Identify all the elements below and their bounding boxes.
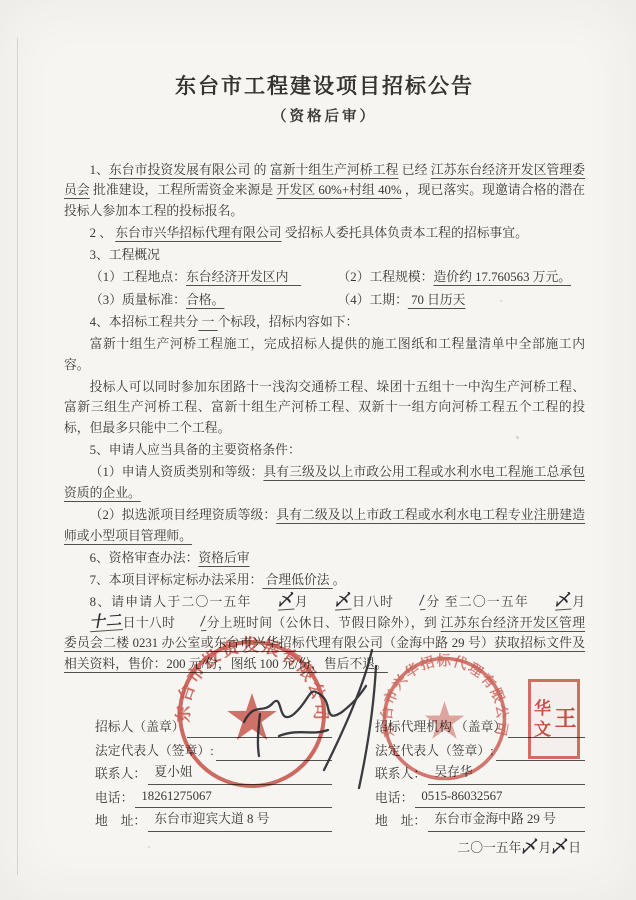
scan-edge-artifact — [17, 38, 18, 875]
name-seal-char: 华 — [534, 700, 551, 717]
text-run: 日八时 — [351, 595, 394, 609]
paragraph-scope: 富新十组生产河桥工程施工，完成招标人提供的施工图纸和工程量清单中全部施工内容。 — [64, 334, 585, 375]
signature-line: 东台市金海中路 29 号 — [428, 809, 585, 832]
text-run: 个标段，招标内容如下： — [218, 315, 359, 329]
text-run: 分上班时间（公休日、节假日除外），到 — [206, 616, 440, 630]
underlined-text: 东台经济开发区内 — [186, 270, 301, 284]
underlined-text: 70 日历天 — [408, 293, 466, 307]
underlined-text: 开发区 60%+村组 40% — [277, 183, 402, 197]
underlined-text: 造价约 17.760563 万元。 — [433, 270, 571, 284]
overview-row-2: （3）质量标准：合格。 （4）工期： 70 日历天 — [64, 290, 585, 311]
text-run: 1、 — [90, 163, 109, 177]
handwritten-mark: / — [394, 591, 426, 614]
text-run: 月 — [294, 595, 309, 609]
handwritten-mark: 乄 — [550, 837, 568, 859]
text-run: （1）申请人资质类别和等级： — [90, 465, 264, 479]
underlined-text: 一 — [198, 315, 217, 329]
overview-item-location: （1）工程地点：东台经济开发区内 — [90, 267, 338, 288]
overview-item-quality: （3）质量标准：合格。 — [90, 290, 338, 311]
overview-item-scale: （2）工程规模：造价约 17.760563 万元。 — [338, 267, 586, 288]
text-run: （2）工程规模： — [338, 270, 434, 284]
text-run: 富新十组生产河桥工程施工，完成招标人提供的施工图纸和工程量清单中全部施工内容。 — [64, 337, 585, 372]
text-run: 5、申请人应当具备的主要资格条件： — [90, 443, 301, 457]
text-run: （1）工程地点： — [90, 270, 186, 284]
text-run: 批准建设，工程所需资金来源是 — [90, 183, 277, 197]
document-title: 东台市工程建设项目招标公告 — [64, 72, 585, 100]
signature-row: 地 址：东台市迎宾大道 8 号 — [95, 808, 332, 831]
legal-rep-name-seal: 华 文 王 — [528, 679, 580, 759]
text-run: 日 — [568, 841, 581, 855]
handwritten-mark: 乄 — [528, 591, 571, 614]
paragraph-overview-heading: 3、工程概况 — [64, 245, 585, 266]
text-run: 受招标人委托具体负责本工程的招标事宜。 — [282, 226, 528, 240]
text-run: 4、本招标工程共分 — [90, 315, 199, 329]
signature-line: 东台市迎宾大道 8 号 — [148, 809, 332, 832]
text-run: 的 — [250, 163, 269, 177]
text-run: （3）质量标准： — [90, 293, 186, 307]
handwritten-mark: 乄 — [521, 837, 539, 859]
document-date: 二〇一五年 乄 月 乄 日 — [375, 838, 585, 859]
seal-star-icon — [425, 701, 465, 739]
handwritten-mark: 十二 — [63, 611, 123, 636]
text-run: 7、本项目评标定标办法采用： — [90, 573, 263, 587]
paragraph-sections: 4、本招标工程共分 一 个标段，招标内容如下： — [64, 312, 585, 333]
signature-label: 电话： — [95, 788, 135, 809]
paragraph-review-method: 6、资格审查办法：资格后审 — [64, 548, 585, 569]
text-run: 2 、 — [90, 226, 116, 240]
text-run: 3、工程概况 — [90, 248, 160, 262]
text-run: 分 至二〇一五年 — [425, 595, 529, 609]
handwritten-mark: 乄 — [251, 591, 294, 614]
signature-label: 地 址： — [95, 811, 148, 832]
overview-item-duration: （4）工期： 70 日历天 — [338, 290, 586, 311]
underlined-text: 富新十组生产河桥工程 — [270, 163, 399, 177]
underlined-text: 资格后审 — [198, 551, 249, 565]
paragraph-agency: 2 、 东台市兴华招标代理有限公司 受招标人委托具体负责本工程的招标事宜。 — [64, 223, 585, 244]
signature-row: 地 址：东台市金海中路 29 号 — [375, 808, 585, 831]
document-subtitle: （资格后审） — [64, 107, 585, 128]
name-seal-char: 王 — [554, 708, 576, 730]
paragraph-project-approval: 1、东台市投资发展有限公司 的 富新十组生产河桥工程 已经 江苏东台经济开发区管… — [64, 160, 585, 222]
underlined-text: 合格。 — [186, 293, 224, 307]
text-run: （4）工期： — [338, 293, 408, 307]
paragraph-project-manager-grade: （2）拟选派项目经理资质等级：具有二级及以上市政工程或水利水电工程专业注册建造师… — [64, 505, 585, 546]
overview-row-1: （1）工程地点：东台经济开发区内 （2）工程规模：造价约 17.760563 万… — [64, 267, 585, 288]
paragraph-multi-bid-note: 投标人可以同时参加东团路十一浅沟交通桥工程、垛团十五组十一中沟生产河桥工程、富新… — [64, 377, 585, 439]
handwritten-mark: 乄 — [308, 591, 351, 614]
signature-label: 联系人： — [95, 764, 148, 785]
name-seal-left-column: 华 文 — [531, 682, 554, 756]
signature-label: 地 址： — [375, 811, 428, 832]
text-run: 月 — [538, 841, 551, 855]
text-run: （2）拟选派项目经理资质等级： — [90, 508, 277, 522]
underlined-text: 合理低价法 — [262, 573, 332, 587]
text-run: 8、请申请人于二〇一五年 — [90, 595, 252, 609]
paragraph-qualification-heading: 5、申请人应当具备的主要资格条件： — [64, 440, 585, 461]
signature-value: 东台市迎宾大道 8 号 — [154, 812, 269, 826]
text-run: 日十八时 — [122, 616, 175, 630]
underlined-text: 东台市兴华招标代理有限公司 — [115, 226, 281, 240]
name-seal-right-column: 王 — [554, 682, 577, 756]
name-seal-char: 文 — [534, 721, 551, 738]
handwritten-signature — [224, 640, 396, 792]
underlined-text: 东台市投资发展有限公司 — [109, 163, 251, 177]
text-run: 月 — [571, 595, 585, 609]
text-run: 投标人可以同时参加东团路十一浅沟交通桥工程、垛团十五组十一中沟生产河桥工程、富新… — [64, 380, 585, 435]
signature-value: 东台市金海中路 29 号 — [434, 812, 556, 826]
text-run: 。 — [333, 573, 346, 587]
text-run: 二〇一五年 — [457, 841, 521, 855]
scanned-document-page: 东台市工程建设项目招标公告 （资格后审） 1、东台市投资发展有限公司 的 富新十… — [0, 0, 636, 900]
text-run: 已经 — [398, 163, 430, 177]
paragraph-evaluation-method: 7、本项目评标定标办法采用： 合理低价法 。 — [64, 570, 585, 591]
text-run: 6、资格审查办法： — [90, 551, 199, 565]
paragraph-qualification-grade: （1）申请人资质类别和等级：具有三级及以上市政公用工程或水利水电工程施工总承包资… — [64, 462, 585, 503]
